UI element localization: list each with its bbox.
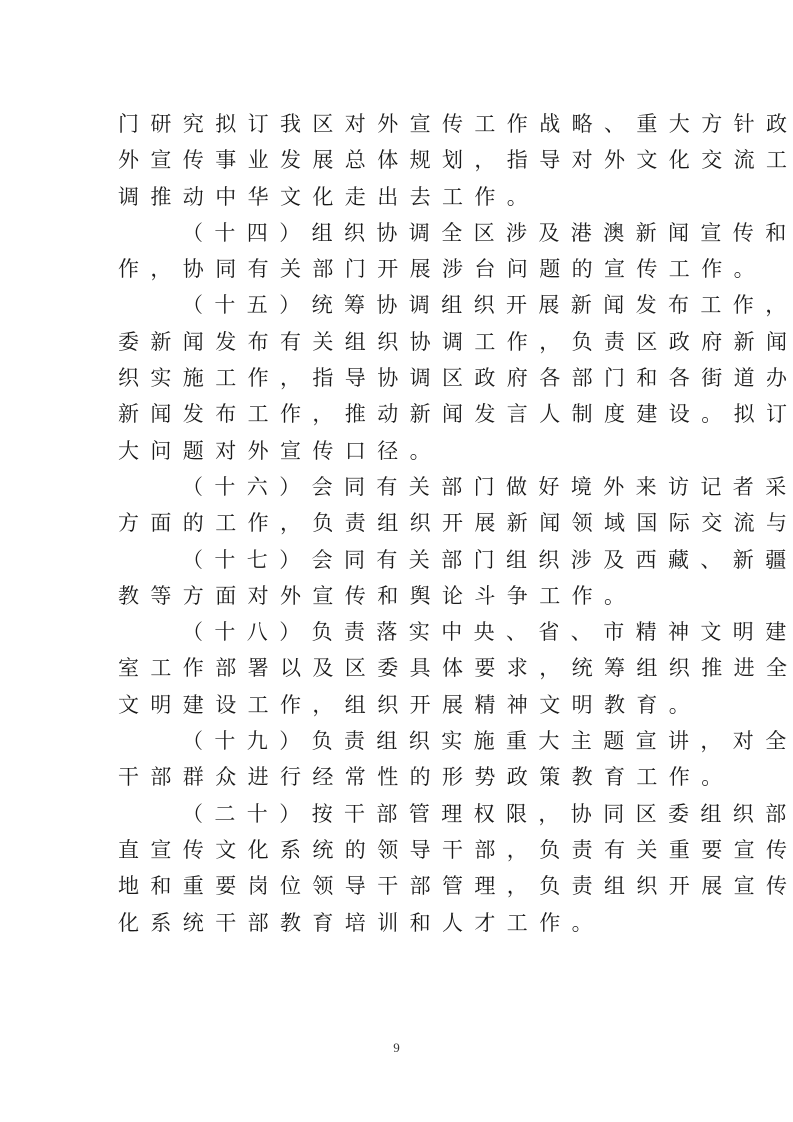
page-number: 9 (0, 1040, 793, 1056)
paragraph-heading-17: （十七）会同有关部门组织涉及西藏、新疆及反邪 (118, 542, 678, 578)
paragraph-heading-18: （十八）负责落实中央、省、市精神文明建设办公 (118, 614, 678, 650)
paragraph-heading-16: （十六）会同有关部门做好境外来访记者采访事务 (118, 469, 678, 505)
text-line: 地和重要岗位领导干部管理，负责组织开展宣传思想文 (118, 868, 678, 904)
text-line: 化系统干部教育培训和人才工作。 (118, 905, 678, 941)
paragraph-heading-14: （十四）组织协调全区涉及港澳新闻宣传和舆论工 (118, 215, 678, 251)
text-line: 直宣传文化系统的领导干部，负责有关重要宣传舆论阵 (118, 832, 678, 868)
text-line: 织实施工作，指导协调区政府各部门和各街道办事处的 (118, 360, 678, 396)
document-body: 门研究拟订我区对外宣传工作战略、重大方针政策和对 外宣传事业发展总体规划，指导对… (118, 106, 678, 941)
text-line: 外宣传事业发展总体规划，指导对外文化交流工作，协 (118, 142, 678, 178)
text-line: 方面的工作，负责组织开展新闻领域国际交流与合作。 (118, 505, 678, 541)
text-line: 门研究拟订我区对外宣传工作战略、重大方针政策和对 (118, 106, 678, 142)
text-line: 新闻发布工作，推动新闻发言人制度建设。拟订我区重 (118, 396, 678, 432)
text-line: 调推动中华文化走出去工作。 (118, 179, 678, 215)
paragraph-heading-19: （十九）负责组织实施重大主题宣讲，对全区党员 (118, 723, 678, 759)
text-line: 文明建设工作，组织开展精神文明教育。 (118, 687, 678, 723)
text-line: 教等方面对外宣传和舆论斗争工作。 (118, 578, 678, 614)
text-line: 委新闻发布有关组织协调工作，负责区政府新闻发布组 (118, 324, 678, 360)
text-line: 作，协同有关部门开展涉台问题的宣传工作。 (118, 251, 678, 287)
paragraph-heading-15: （十五）统筹协调组织开展新闻发布工作，承担区 (118, 287, 678, 323)
paragraph-heading-20: （二十）按干部管理权限，协同区委组织部管理区 (118, 796, 678, 832)
text-line: 室工作部署以及区委具体要求，统筹组织推进全区精神 (118, 650, 678, 686)
text-line: 大问题对外宣传口径。 (118, 433, 678, 469)
text-line: 干部群众进行经常性的形势政策教育工作。 (118, 759, 678, 795)
